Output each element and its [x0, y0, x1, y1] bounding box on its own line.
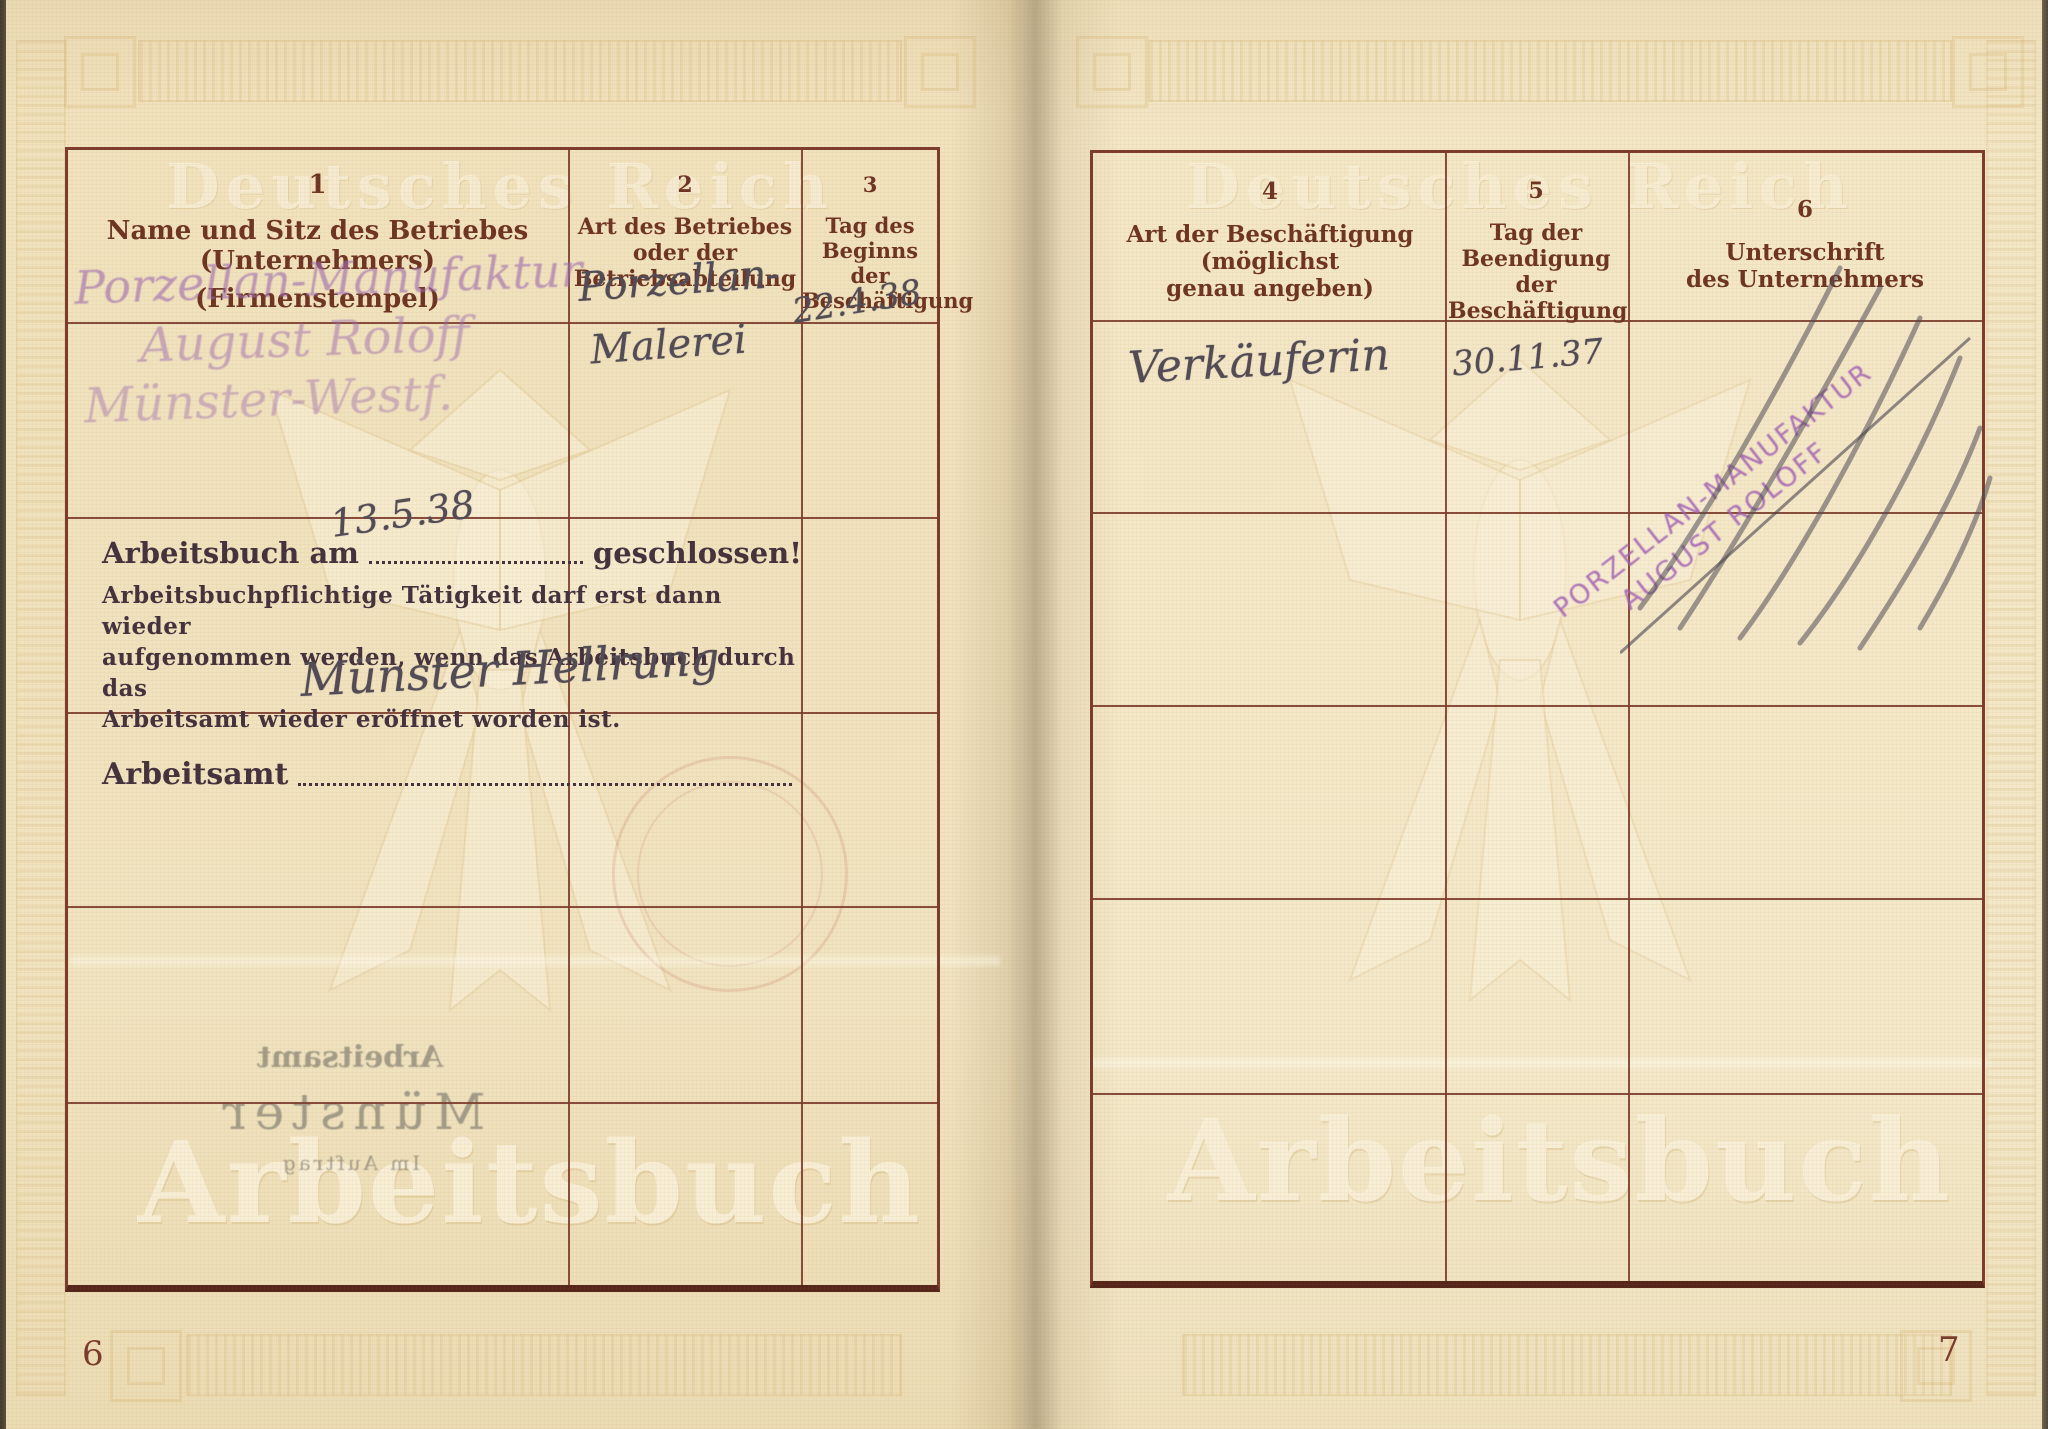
column-header-4: 4 Art der Beschäftigung (möglichst genau…	[1100, 178, 1440, 302]
row-divider	[1093, 898, 1982, 900]
column-number: 4	[1100, 178, 1440, 205]
closure-stamp-text: Arbeitsamt	[102, 757, 288, 792]
ornament-band-top-left	[138, 40, 902, 102]
closure-stamp-text: Arbeitsamt wieder eröffnet worden ist.	[102, 704, 802, 735]
column-divider	[1445, 153, 1447, 1281]
row-divider	[1093, 1093, 1982, 1095]
pencil-signature-scrawl	[1620, 228, 2000, 658]
page-number-right: 7	[1938, 1330, 1960, 1370]
column-label-line: (möglichst	[1100, 248, 1440, 275]
ornament-corner	[1952, 36, 2024, 108]
column-number: 2	[572, 172, 798, 198]
row-divider	[68, 1102, 937, 1104]
ornament-band-bottom-left	[186, 1334, 902, 1396]
dotted-line	[298, 761, 792, 786]
ornament-corner	[1900, 1330, 1972, 1402]
column-label-line: Art des Betriebes	[572, 214, 798, 240]
ornament-band-top-right	[1148, 40, 1952, 102]
ornament-band-bottom-right	[1182, 1334, 1952, 1396]
column-header-5: 5 Tag der Beendigung der Beschäftigung	[1448, 178, 1624, 324]
column-label-line: Art der Beschäftigung	[1100, 221, 1440, 248]
ornament-corner	[110, 1330, 182, 1402]
column-label-line: Beendigung der	[1448, 246, 1624, 298]
dotted-line	[369, 541, 583, 564]
column-number: 1	[80, 170, 555, 200]
closure-stamp-text: geschlossen!	[593, 536, 802, 570]
closure-stamp-text: Arbeitsbuch am	[102, 536, 359, 570]
column-number: 6	[1632, 196, 1978, 223]
firm-stamp-line: August Roloff	[139, 306, 470, 373]
ornament-corner	[904, 36, 976, 108]
column-number: 5	[1448, 178, 1624, 204]
row-divider	[1093, 705, 1982, 707]
column-label-line: Beschäftigung	[1448, 298, 1624, 324]
row-divider	[68, 517, 937, 519]
column-label-line: Tag der	[1448, 220, 1624, 246]
ornament-corner	[64, 36, 136, 108]
arbeitsbuch-scan-spread: Deutsches Reich Deutsches Reich Arbeitsb…	[0, 0, 2048, 1429]
column-label-line: Tag des	[802, 213, 938, 238]
column-number: 3	[802, 172, 938, 197]
ornament-band-edge-left	[16, 40, 66, 1396]
ornament-corner	[1076, 36, 1148, 108]
column-label-line: Name und Sitz des Betriebes	[80, 216, 555, 246]
row-divider	[68, 906, 937, 908]
column-label-line: genau angeben)	[1100, 275, 1440, 302]
page-number-left: 6	[82, 1334, 104, 1374]
